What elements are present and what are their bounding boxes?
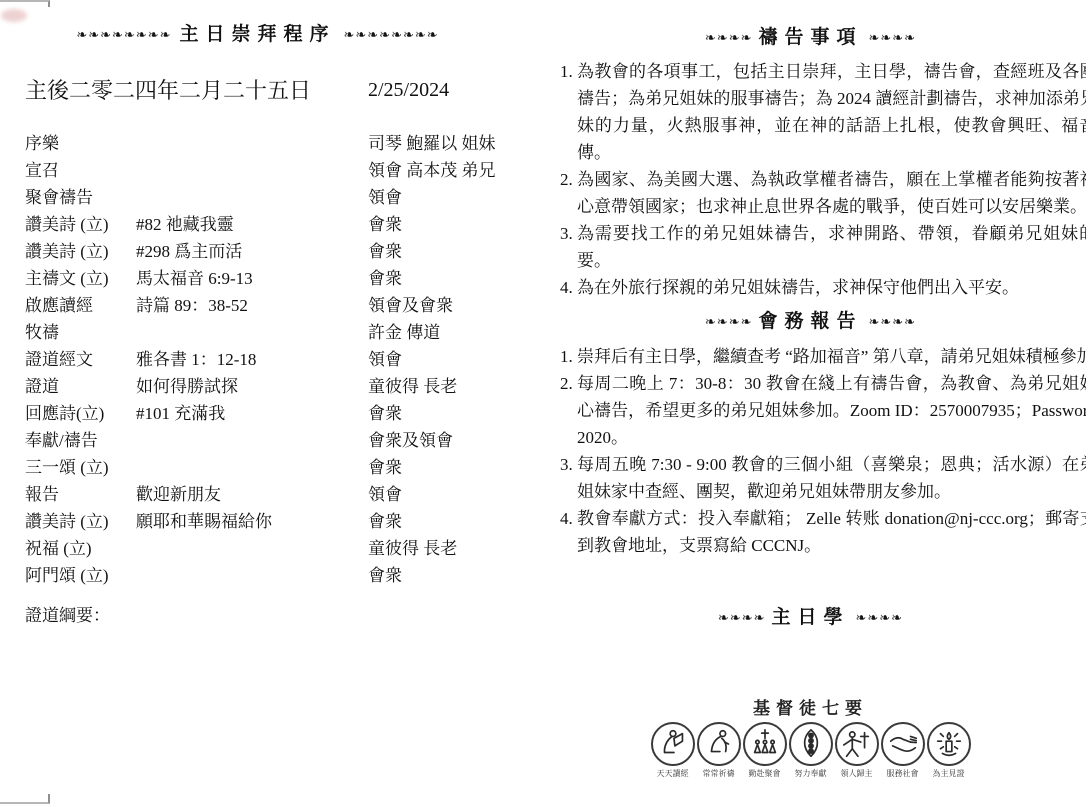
sermon-outline-label: 證道綱要：	[25, 602, 110, 629]
bulletin-page: ❧❧❧❧❧❧❧❧主日崇拜程序❧❧❧❧❧❧❧❧ 主後二零二四年二月二十五日 2/2…	[0, 0, 1086, 807]
date-western: 2/25/2024	[368, 77, 449, 104]
swirl-ornament-icon: ❧❧❧❧	[718, 610, 766, 625]
program-row: 阿門頌 (立) 會衆	[25, 562, 507, 589]
essential-item: 為主見證	[926, 722, 972, 779]
essential-item: 服務社會	[880, 722, 926, 779]
logo-title: 基督徒七要	[535, 699, 1086, 719]
sunday-school-title-text: 主日學	[771, 607, 849, 628]
program-item-detail	[136, 454, 368, 481]
program-row: 回應詩(立) #101 充滿我 會衆	[25, 400, 507, 427]
program-item-role: 領會及會衆	[368, 292, 507, 319]
program-item-label: 讚美詩 (立)	[25, 238, 136, 265]
date-row: 主後二零二四年二月二十五日 2/25/2024	[25, 77, 490, 104]
program-item-label: 讚美詩 (立)	[25, 508, 136, 535]
program-row: 證道 如何得勝試探 童彼得 長老	[25, 373, 507, 400]
essential-label: 服務社會	[887, 768, 919, 779]
program-row: 序樂 司琴 鮑羅以 姐妹	[25, 130, 507, 157]
program-item-label: 宣召	[25, 157, 136, 184]
fish-offering-icon	[789, 722, 833, 766]
program-item-detail: #298 爲主而活	[136, 238, 368, 265]
program-table: 序樂 司琴 鮑羅以 姐妹 宣召 領會 高本茂 弟兄 聚會禱告 領會	[25, 130, 507, 589]
essentials-row: 天天讀經 常常祈禱	[535, 722, 1086, 779]
essential-item: 勤赴聚會	[742, 722, 788, 779]
program-item-label: 報告	[25, 481, 136, 508]
swirl-ornament-icon: ❧❧❧❧	[705, 314, 753, 329]
essential-label: 為主見證	[933, 768, 965, 779]
program-item-label: 讚美詩 (立)	[25, 211, 136, 238]
sunday-school-title: ❧❧❧❧主日學❧❧❧❧	[535, 604, 1086, 631]
program-item-detail: 雅各書 1：12-18	[136, 346, 368, 373]
program-row: 三一頌 (立) 會衆	[25, 454, 507, 481]
prayer-item: 為教會的各項事工，包括主日崇拜，主日學，禱告會，查經班及各團契禱告；為弟兄姐妹的…	[577, 58, 1086, 166]
program-item-label: 牧禱	[25, 319, 136, 346]
program-item-role: 會衆	[368, 265, 507, 292]
prayer-item: 為需要找工作的弟兄姐妹禱告，求神開路、帶領，眷顧弟兄姐妹的需要。	[577, 220, 1086, 274]
program-item-role: 會衆	[368, 211, 507, 238]
program-item-role: 會衆	[368, 400, 507, 427]
report-list: 崇拜后有主日學，繼續查考 “路加福音” 第八章，請弟兄姐妹積極參加。 每周二晚上…	[543, 343, 1086, 559]
program-item-role: 會衆	[368, 508, 507, 535]
program-item-detail: #101 充滿我	[136, 400, 368, 427]
program-item-label: 證道經文	[25, 346, 136, 373]
report-item: 每周五晚 7:30 - 9:00 教會的三個小組（喜樂泉；恩典；活水源）在弟兄姐…	[577, 451, 1086, 505]
essential-item: 常常祈禱	[696, 722, 742, 779]
program-row: 讚美詩 (立) 願耶和華賜福給你 會衆	[25, 508, 507, 535]
program-item-role: 許金 傳道	[368, 319, 507, 346]
worship-title: 主日崇拜程序	[179, 24, 335, 45]
report-item: 教會奉獻方式：投入奉獻箱； Zelle 转账 donation@nj-ccc.o…	[577, 505, 1086, 559]
praying-icon	[697, 722, 741, 766]
program-item-detail: 馬太福音 6:9-13	[136, 265, 368, 292]
program-item-role: 會衆及領會	[368, 427, 507, 454]
report-item: 崇拜后有主日學，繼續查考 “路加福音” 第八章，請弟兄姐妹積極參加。	[577, 343, 1086, 370]
program-item-label: 回應詩(立)	[25, 400, 136, 427]
program-item-detail: 願耶和華賜福給你	[136, 508, 368, 535]
program-item-detail	[136, 562, 368, 589]
date-chinese: 主後二零二四年二月二十五日	[25, 78, 311, 103]
program-item-label: 聚會禱告	[25, 184, 136, 211]
program-item-detail	[136, 319, 368, 346]
report-title-text: 會務報告	[758, 311, 862, 332]
program-item-role: 會衆	[368, 238, 507, 265]
announcements-page: ❧❧❧❧禱告事項❧❧❧❧ 為教會的各項事工，包括主日崇拜，主日學，禱告會，查經班…	[535, 0, 1086, 807]
program-item-label: 啟應讀經	[25, 292, 136, 319]
program-item-role: 童彼得 長老	[368, 535, 507, 562]
worship-title-row: ❧❧❧❧❧❧❧❧主日崇拜程序❧❧❧❧❧❧❧❧	[0, 19, 515, 46]
program-row: 主禱文 (立) 馬太福音 6:9-13 會衆	[25, 265, 507, 292]
prayer-item: 為在外旅行探親的弟兄姐妹禱告，求神保守他們出入平安。	[577, 274, 1086, 301]
swirl-ornament-icon: ❧❧❧❧❧❧❧❧	[344, 27, 439, 42]
candle-witness-icon	[927, 722, 971, 766]
program-item-role: 領會	[368, 346, 507, 373]
program-item-role: 童彼得 長老	[368, 373, 507, 400]
worship-program-page: ❧❧❧❧❧❧❧❧主日崇拜程序❧❧❧❧❧❧❧❧ 主後二零二四年二月二十五日 2/2…	[0, 0, 515, 807]
program-item-detail	[136, 184, 368, 211]
swirl-ornament-icon: ❧❧❧❧	[869, 30, 917, 45]
program-item-label: 主禱文 (立)	[25, 265, 136, 292]
program-item-role: 會衆	[368, 562, 507, 589]
serving-hands-icon	[881, 722, 925, 766]
program-row: 讚美詩 (立) #82 祂藏我靈 會衆	[25, 211, 507, 238]
program-item-role: 領會	[368, 184, 507, 211]
program-item-detail: 詩篇 89：38-52	[136, 292, 368, 319]
essential-label: 領人歸主	[841, 768, 873, 779]
swirl-ornament-icon: ❧❧❧❧❧❧❧❧	[76, 27, 171, 42]
program-item-detail	[136, 427, 368, 454]
program-item-role: 司琴 鮑羅以 姐妹	[368, 130, 507, 157]
program-row: 讚美詩 (立) #298 爲主而活 會衆	[25, 238, 507, 265]
prayer-item: 為國家、為美國大選、為執政掌權者禱告，願在上掌權者能夠按著神的心意帶領國家；也求…	[577, 166, 1086, 220]
program-item-role: 領會 高本茂 弟兄	[368, 157, 507, 184]
program-item-label: 奉獻/禱告	[25, 427, 136, 454]
essential-item: 天天讀經	[650, 722, 696, 779]
program-item-role: 會衆	[368, 454, 507, 481]
program-row: 祝福 (立) 童彼得 長老	[25, 535, 507, 562]
prayer-list: 為教會的各項事工，包括主日崇拜，主日學，禱告會，查經班及各團契禱告；為弟兄姐妹的…	[543, 58, 1086, 301]
program-item-role: 領會	[368, 481, 507, 508]
program-item-label: 阿門頌 (立)	[25, 562, 136, 589]
program-item-label: 序樂	[25, 130, 136, 157]
program-row: 宣召 領會 高本茂 弟兄	[25, 157, 507, 184]
swirl-ornament-icon: ❧❧❧❧	[705, 30, 753, 45]
program-item-label: 祝福 (立)	[25, 535, 136, 562]
program-item-detail: #82 祂藏我靈	[136, 211, 368, 238]
swirl-ornament-icon: ❧❧❧❧	[856, 610, 904, 625]
reading-bible-icon	[651, 722, 695, 766]
essential-label: 努力奉獻	[795, 768, 827, 779]
report-item: 每周二晚上 7：30-8：30 教會在綫上有禱告會，為教會、為弟兄姐妹同心禱告，…	[577, 370, 1086, 451]
program-item-label: 三一頌 (立)	[25, 454, 136, 481]
essential-label: 天天讀經	[657, 768, 689, 779]
program-item-detail: 歡迎新朋友	[136, 481, 368, 508]
swirl-ornament-icon: ❧❧❧❧	[869, 314, 917, 329]
program-item-detail	[136, 130, 368, 157]
congregation-cross-icon	[743, 722, 787, 766]
program-item-detail	[136, 157, 368, 184]
program-item-detail: 如何得勝試探	[136, 373, 368, 400]
essential-item: 領人歸主	[834, 722, 880, 779]
program-row: 聚會禱告 領會	[25, 184, 507, 211]
program-row: 牧禱 許金 傳道	[25, 319, 507, 346]
essential-label: 勤赴聚會	[749, 768, 781, 779]
leading-people-icon	[835, 722, 879, 766]
essential-item: 努力奉獻	[788, 722, 834, 779]
program-row: 啟應讀經 詩篇 89：38-52 領會及會衆	[25, 292, 507, 319]
seven-essentials-logo: 基督徒七要 天天讀經	[535, 699, 1086, 779]
program-row: 證道經文 雅各書 1：12-18 領會	[25, 346, 507, 373]
prayer-section-title: ❧❧❧❧禱告事項❧❧❧❧	[535, 24, 1086, 51]
program-item-detail	[136, 535, 368, 562]
essential-label: 常常祈禱	[703, 768, 735, 779]
prayer-title-text: 禱告事項	[758, 27, 862, 48]
program-item-label: 證道	[25, 373, 136, 400]
report-section-title: ❧❧❧❧會務報告❧❧❧❧	[535, 308, 1086, 335]
program-row: 奉獻/禱告 會衆及領會	[25, 427, 507, 454]
program-row: 報告 歡迎新朋友 領會	[25, 481, 507, 508]
